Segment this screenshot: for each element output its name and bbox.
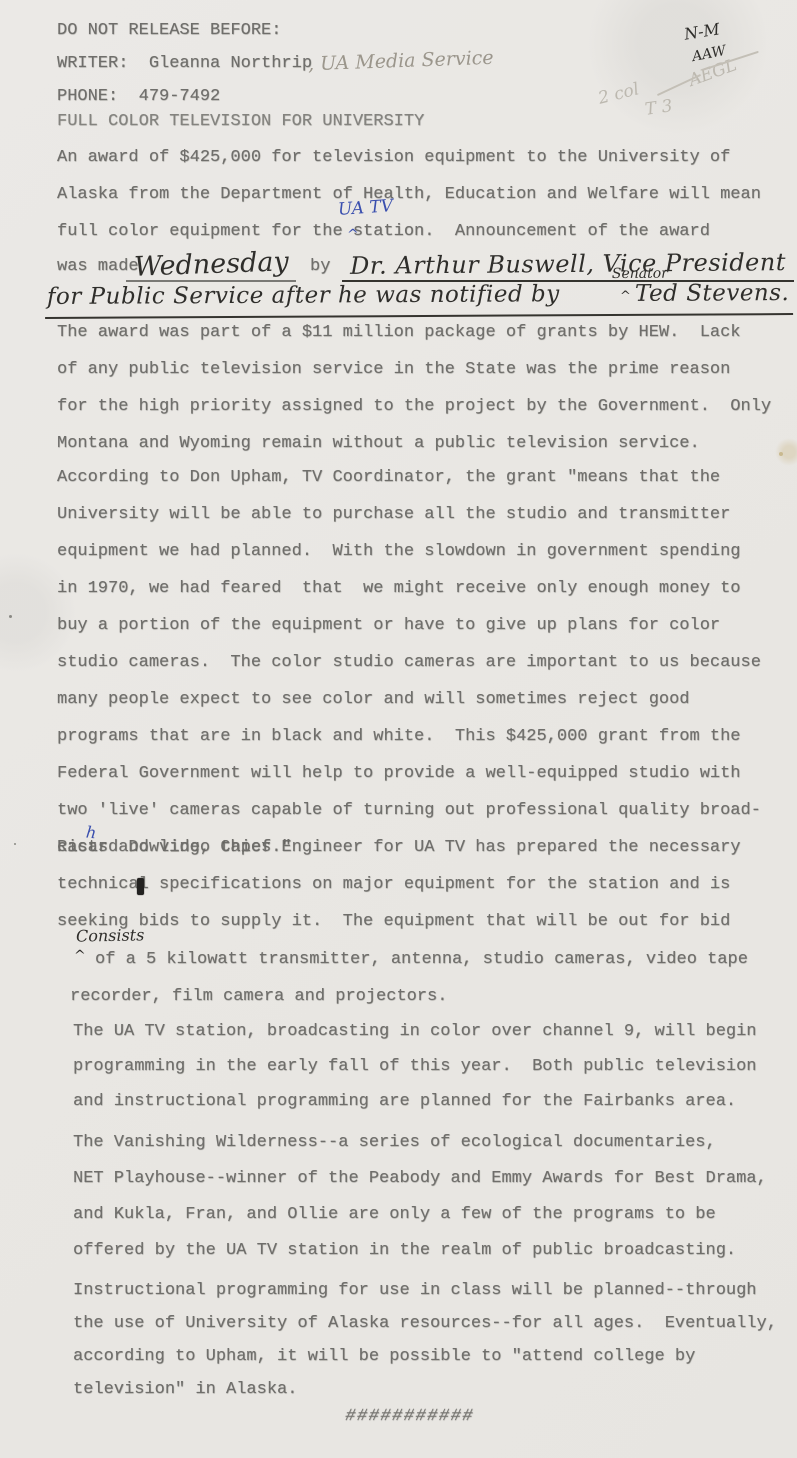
paragraph-6: The Vanishing Wilderness--a series of ec… — [73, 1125, 767, 1269]
corner-pencil-note-1: 2 col — [596, 79, 641, 108]
handwritten-continuation-post: Ted Stevens. — [635, 280, 789, 307]
paper-stain — [779, 452, 783, 456]
date-blank: Wednesday — [126, 248, 296, 282]
paragraph-3: According to Don Upham, TV Coordinator, … — [57, 459, 761, 866]
paragraph-4: Ricard Dowling, Chief Engineer for UA TV… — [57, 829, 741, 940]
ua-tv-caret-icon: ^ — [347, 227, 359, 243]
paragraph-2: The award was part of a $11 million pack… — [57, 314, 771, 462]
end-of-release-mark: ########### — [340, 1398, 478, 1435]
press-release-page: DO NOT RELEASE BEFORE: WRITER: Gleanna N… — [0, 0, 797, 1458]
paragraph-5: The UA TV station, broadcasting in color… — [73, 1014, 757, 1119]
writer-handwritten-annotation: , UA Media Service — [308, 47, 494, 75]
paragraph-4-continued: of a 5 kilowatt transmitter, antenna, st… — [70, 941, 748, 1015]
corner-pencil-note-2: T 3 — [644, 96, 674, 120]
h-correction-insertion: h — [85, 823, 97, 843]
senator-caret-icon: ^ — [620, 289, 631, 304]
handwritten-continuation-pre: for Public Service after he was notified… — [47, 281, 560, 310]
paper-speck — [9, 615, 12, 618]
handwritten-date: Wednesday — [133, 246, 289, 282]
announcer-blank: Dr. Arthur Buswell, Vice President — [342, 248, 794, 282]
ink-blot — [137, 878, 144, 895]
headline: FULL COLOR TELEVISION FOR UNIVERSITY — [57, 103, 424, 140]
do-not-release-line: DO NOT RELEASE BEFORE: — [57, 14, 281, 47]
paragraph-7: Instructional programming for use in cla… — [73, 1274, 777, 1406]
handwritten-announcer: Dr. Arthur Buswell, Vice President — [350, 248, 786, 280]
paper-speck — [14, 843, 16, 845]
ua-tv-insertion: UA TV — [337, 196, 393, 220]
by-label: by — [310, 248, 330, 285]
writer-line: WRITER: Gleanna Northrip — [57, 47, 312, 80]
corner-note-nm: N-M — [683, 19, 721, 43]
senator-insertion: Senator — [612, 266, 668, 282]
paragraph-1: An award of $425,000 for television equi… — [57, 139, 761, 250]
